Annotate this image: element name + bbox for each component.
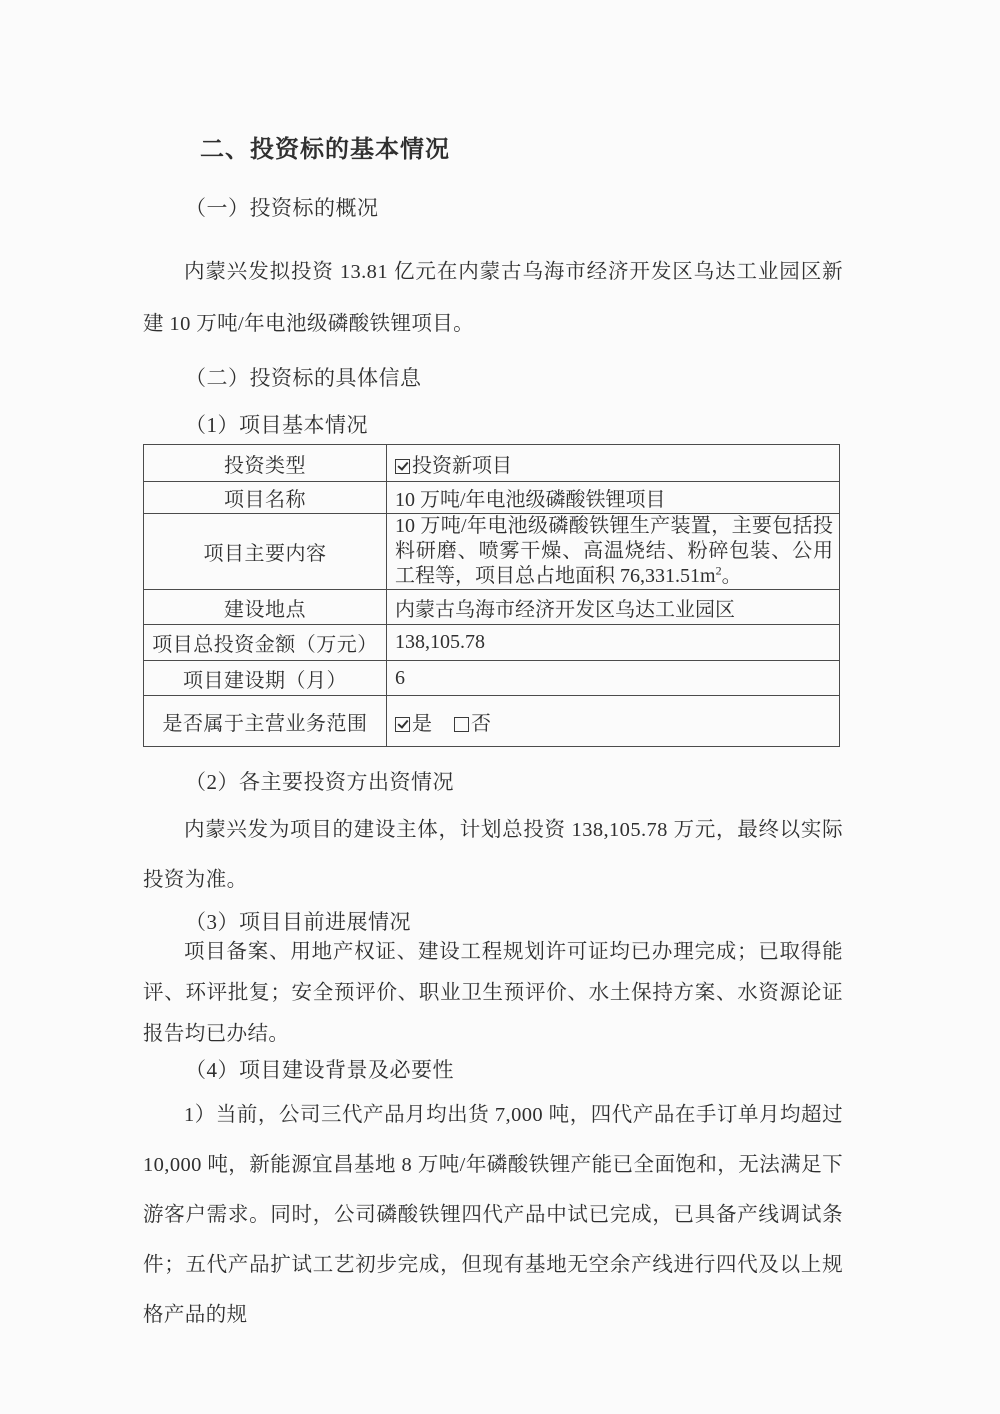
section-title: 二、投资标的基本情况 [200,133,450,167]
yes-option-label: 是 [412,713,432,735]
heading-overview: （一）投资标的概况 [143,193,843,223]
heading-investor-contribution: （2）各主要投资方出资情况 [143,767,843,797]
table-row-main-content: 项目主要内容 10 万吨/年电池级磷酸铁锂生产装置，主要包括投料研磨、喷雾干燥、… [144,514,840,590]
row-label-main-content: 项目主要内容 [144,514,387,590]
row-label-main-business: 是否属于主营业务范围 [144,696,387,747]
paragraph-project-progress: 项目备案、用地产权证、建设工程规划许可证均已办理完成；已取得能评、环评批复；安全… [143,932,843,1055]
table-row-construction-period: 项目建设期（月） 6 [144,661,840,696]
row-label-project-name: 项目名称 [144,482,387,514]
no-option-label: 否 [471,713,491,735]
row-value-construction-period: 6 [387,661,840,696]
row-label-location: 建设地点 [144,590,387,625]
row-value-project-name: 10 万吨/年电池级磷酸铁锂项目 [387,482,840,514]
document-page: 二、投资标的基本情况 （一）投资标的概况 内蒙兴发拟投资 13.81 亿元在内蒙… [0,0,1000,1414]
row-value-main-business: 是否 [387,696,840,747]
checked-checkbox-icon [395,717,410,732]
heading-details: （二）投资标的具体信息 [143,363,843,393]
row-value-total-investment: 138,105.78 [387,625,840,661]
paragraph-overview: 内蒙兴发拟投资 13.81 亿元在内蒙古乌海市经济开发区乌达工业园区新建 10 … [143,246,843,350]
paragraph-investor-contribution: 内蒙兴发为项目的建设主体，计划总投资 138,105.78 万元，最终以实际投资… [143,805,843,905]
row-value-location: 内蒙古乌海市经济开发区乌达工业园区 [387,590,840,625]
table-row-location: 建设地点 内蒙古乌海市经济开发区乌达工业园区 [144,590,840,625]
row-label-construction-period: 项目建设期（月） [144,661,387,696]
project-info-table: 投资类型 投资新项目 项目名称 10 万吨/年电池级磷酸铁锂项目 项目主要内容 … [143,444,840,747]
row-label-total-investment: 项目总投资金额（万元） [144,625,387,661]
row-value-main-content: 10 万吨/年电池级磷酸铁锂生产装置，主要包括投料研磨、喷雾干燥、高温烧结、粉碎… [387,514,840,590]
checked-checkbox-icon [395,459,410,474]
heading-background-necessity: （4）项目建设背景及必要性 [143,1055,843,1085]
heading-project-basic-info: （1）项目基本情况 [143,410,843,440]
table-row-total-investment: 项目总投资金额（万元） 138,105.78 [144,625,840,661]
unchecked-checkbox-icon [454,717,469,732]
main-content-text: 10 万吨/年电池级磷酸铁锂生产装置，主要包括投料研磨、喷雾干燥、高温烧结、粉碎… [395,515,833,587]
table-row-project-name: 项目名称 10 万吨/年电池级磷酸铁锂项目 [144,482,840,514]
paragraph-background-necessity: 1）当前，公司三代产品月均出货 7,000 吨，四代产品在手订单月均超过 10,… [143,1090,843,1340]
checkbox-option-label: 投资新项目 [412,455,512,477]
table-row-main-business: 是否属于主营业务范围 是否 [144,696,840,747]
table-row-investment-type: 投资类型 投资新项目 [144,445,840,482]
main-content-text-end: 。 [722,565,742,587]
row-label-investment-type: 投资类型 [144,445,387,482]
row-value-investment-type: 投资新项目 [387,445,840,482]
